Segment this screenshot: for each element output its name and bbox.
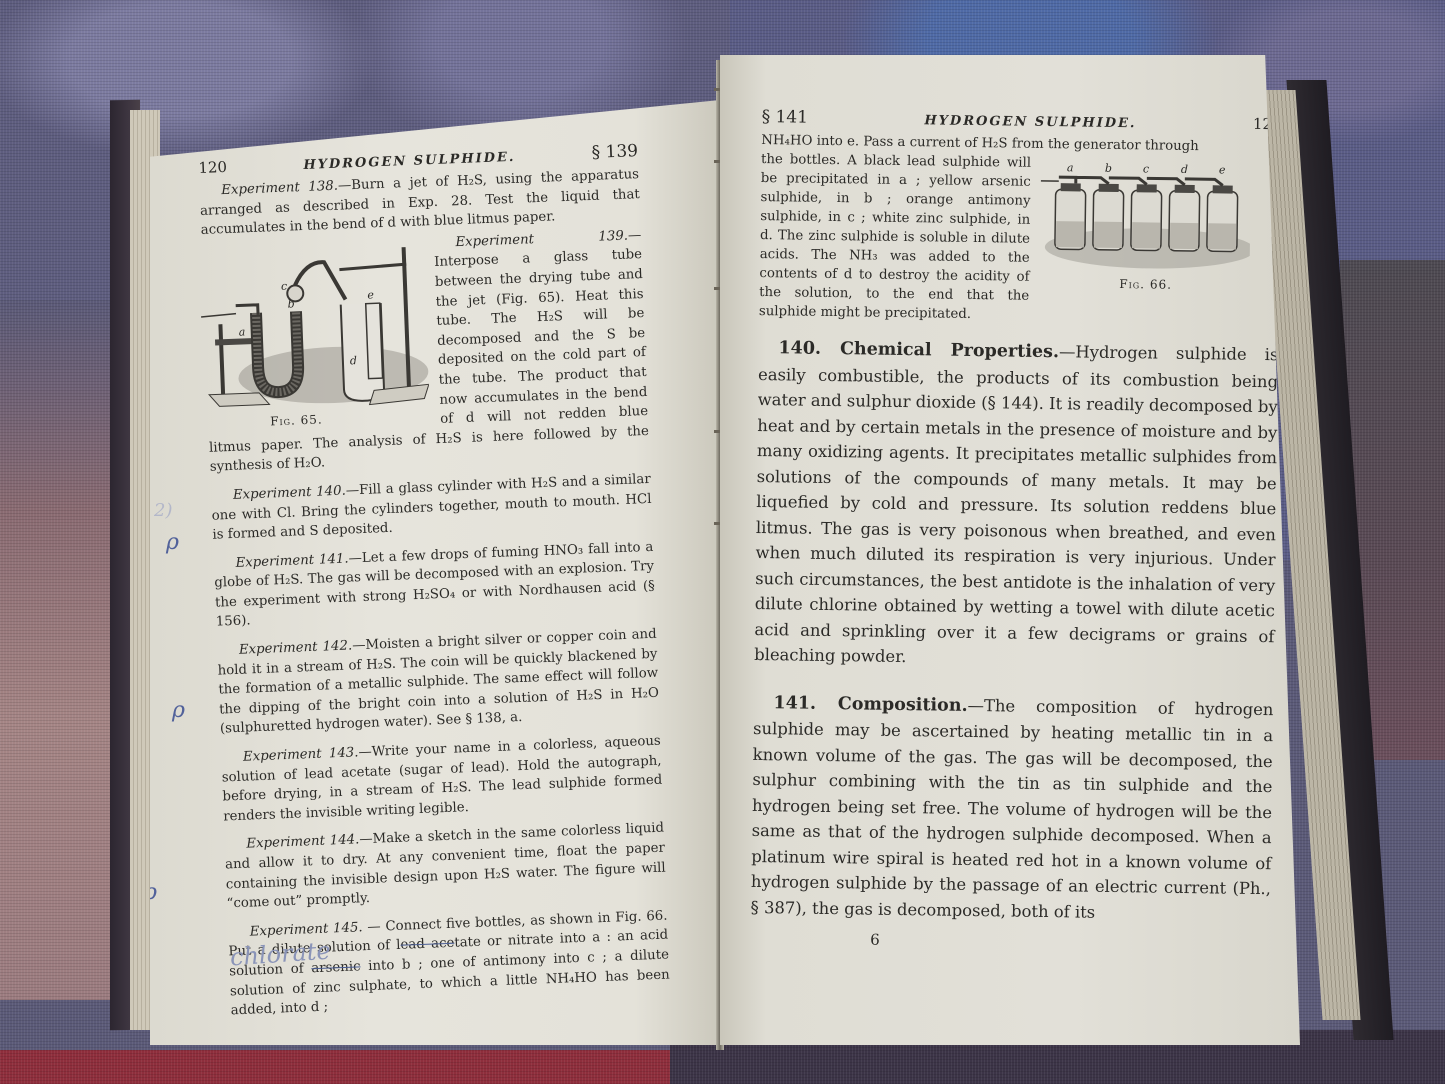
figure-66: a b c d e Fig. 66. [1039, 159, 1251, 292]
right-section-marker: § 141 [762, 93, 809, 128]
left-running-title: HYDROGEN SULPHIDE. [303, 150, 516, 173]
svg-text:c: c [281, 279, 288, 292]
experiment-144: Experiment 144.—Make a sketch in the sam… [224, 819, 667, 914]
svg-text:c: c [1143, 162, 1149, 175]
svg-text:a: a [238, 325, 245, 338]
figure-65-caption: Fig. 65. [270, 411, 323, 433]
margin-mark-check-141: ρ [166, 530, 179, 555]
experiment-140: Experiment 140.—Fill a glass cylinder wi… [211, 470, 653, 546]
left-page-body: Experiment 138.—Burn a jet of H₂S, using… [199, 165, 671, 1021]
section-140-chemical-properties: 140. Chemical Properties.—Hydrogen sulph… [754, 335, 1279, 675]
svg-text:d: d [350, 354, 358, 367]
right-running-head: § 141 HYDROGEN SULPHIDE. 121 [762, 93, 1282, 134]
svg-text:d: d [1181, 163, 1188, 176]
right-page-body: 140. Chemical Properties.—Hydrogen sulph… [750, 335, 1279, 959]
experiment-145-continuation: NH₄HO into e. Pass a current of H₂S from… [759, 131, 1282, 328]
left-page: 120 HYDROGEN SULPHIDE. § 139 Experiment … [150, 100, 720, 1045]
five-bottles-illustration-icon: a b c d e [1040, 159, 1252, 277]
experiment-142: Experiment 142.—Moisten a bright silver … [217, 625, 660, 740]
figure-66-caption: Fig. 66. [1119, 275, 1172, 295]
apparatus-illustration-icon: a b c d e [193, 236, 430, 420]
experiment-143: Experiment 143.—Write your name in a col… [221, 732, 664, 827]
cloth-patch-red [0, 1050, 670, 1084]
signature-mark: 6 [870, 928, 1270, 959]
left-page-number: 120 [198, 158, 227, 177]
continuation-column: the bottles. A black lead sulphide will … [759, 150, 1031, 325]
left-page-content: 120 HYDROGEN SULPHIDE. § 139 Experiment … [198, 141, 671, 1021]
section-141-heading: 141. Composition. [773, 693, 967, 716]
svg-text:e: e [367, 288, 374, 301]
svg-text:a: a [1067, 161, 1074, 174]
svg-text:b: b [1105, 162, 1112, 175]
right-page: § 141 HYDROGEN SULPHIDE. 121 NH₄HO into … [720, 55, 1300, 1045]
figure-65: a b c d e Fig. 65. [193, 236, 430, 435]
right-page-content: § 141 HYDROGEN SULPHIDE. 121 NH₄HO into … [750, 93, 1282, 959]
margin-mark-check-145: ρ [150, 880, 157, 905]
struck-text-lead-acetate: ead ace [400, 936, 454, 953]
margin-mark-question: 2) [154, 500, 172, 521]
left-section-marker: § 139 [591, 141, 638, 163]
svg-text:e: e [1219, 163, 1226, 176]
svg-text:b: b [287, 297, 295, 310]
margin-mark-check-143: ρ [172, 698, 185, 723]
right-running-title: HYDROGEN SULPHIDE. [924, 113, 1136, 131]
section-141-composition: 141. Composition.—The composition of hyd… [750, 689, 1273, 927]
experiment-141: Experiment 141.—Let a few drops of fumin… [213, 538, 656, 633]
section-140-heading: 140. Chemical Properties. [778, 338, 1059, 362]
